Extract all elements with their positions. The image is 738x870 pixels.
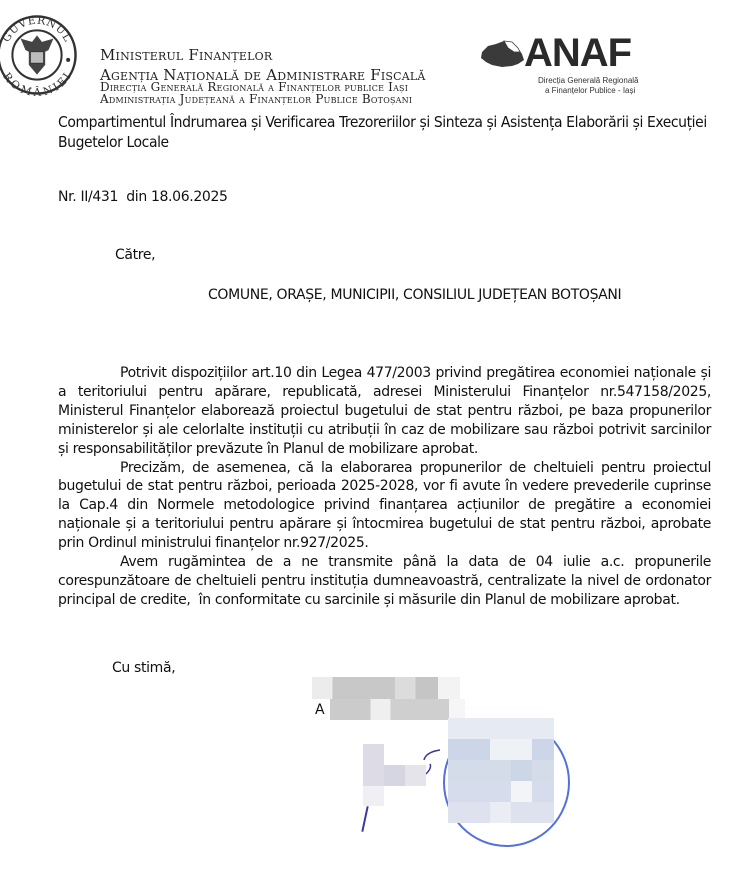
anaf-wordmark: ANAF xyxy=(524,33,631,73)
redaction-block xyxy=(511,760,532,781)
redaction-block xyxy=(490,739,532,760)
redaction-block xyxy=(490,802,511,823)
redaction-block xyxy=(330,699,465,720)
signatory-name-fragment: A xyxy=(315,702,325,718)
anaf-subtitle-line2: a Finanțelor Publice - Iași xyxy=(545,86,635,95)
letterhead-county-administration: Administrația Județeană a Finanțelor Pub… xyxy=(100,93,412,106)
romanian-government-seal-icon: GUVERNUL ROMÂNIEI xyxy=(0,14,78,96)
closing: Cu stimă, xyxy=(112,660,175,676)
redaction-block xyxy=(363,744,384,786)
letterhead-ministry: Ministerul Finanțelor xyxy=(100,46,272,64)
paragraph-request: Avem rugămintea de a ne transmite până l… xyxy=(58,553,711,610)
recipients: COMUNE, ORAȘE, MUNICIPII, CONSILIUL JUDE… xyxy=(208,287,621,303)
paragraph-clarification: Precizăm, de asemenea, că la elaborarea … xyxy=(58,459,711,554)
redaction-block xyxy=(363,786,384,806)
redaction-block xyxy=(511,781,532,802)
paragraph-legal-basis: Potrivit dispozițiilor art.10 din Legea … xyxy=(58,364,711,459)
salutation-to: Către, xyxy=(115,247,155,263)
letter-body: Potrivit dispozițiilor art.10 din Legea … xyxy=(58,364,711,610)
reference-number: Nr. II/431 din 18.06.2025 xyxy=(58,189,228,205)
redaction-block xyxy=(384,765,426,786)
redaction-block xyxy=(312,677,460,699)
department-heading: Compartimentul Îndrumarea și Verificarea… xyxy=(58,112,738,152)
anaf-subtitle-line1: Direcția Generală Regională xyxy=(538,76,639,85)
romania-map-icon xyxy=(478,38,526,70)
signature-stroke xyxy=(361,806,368,832)
